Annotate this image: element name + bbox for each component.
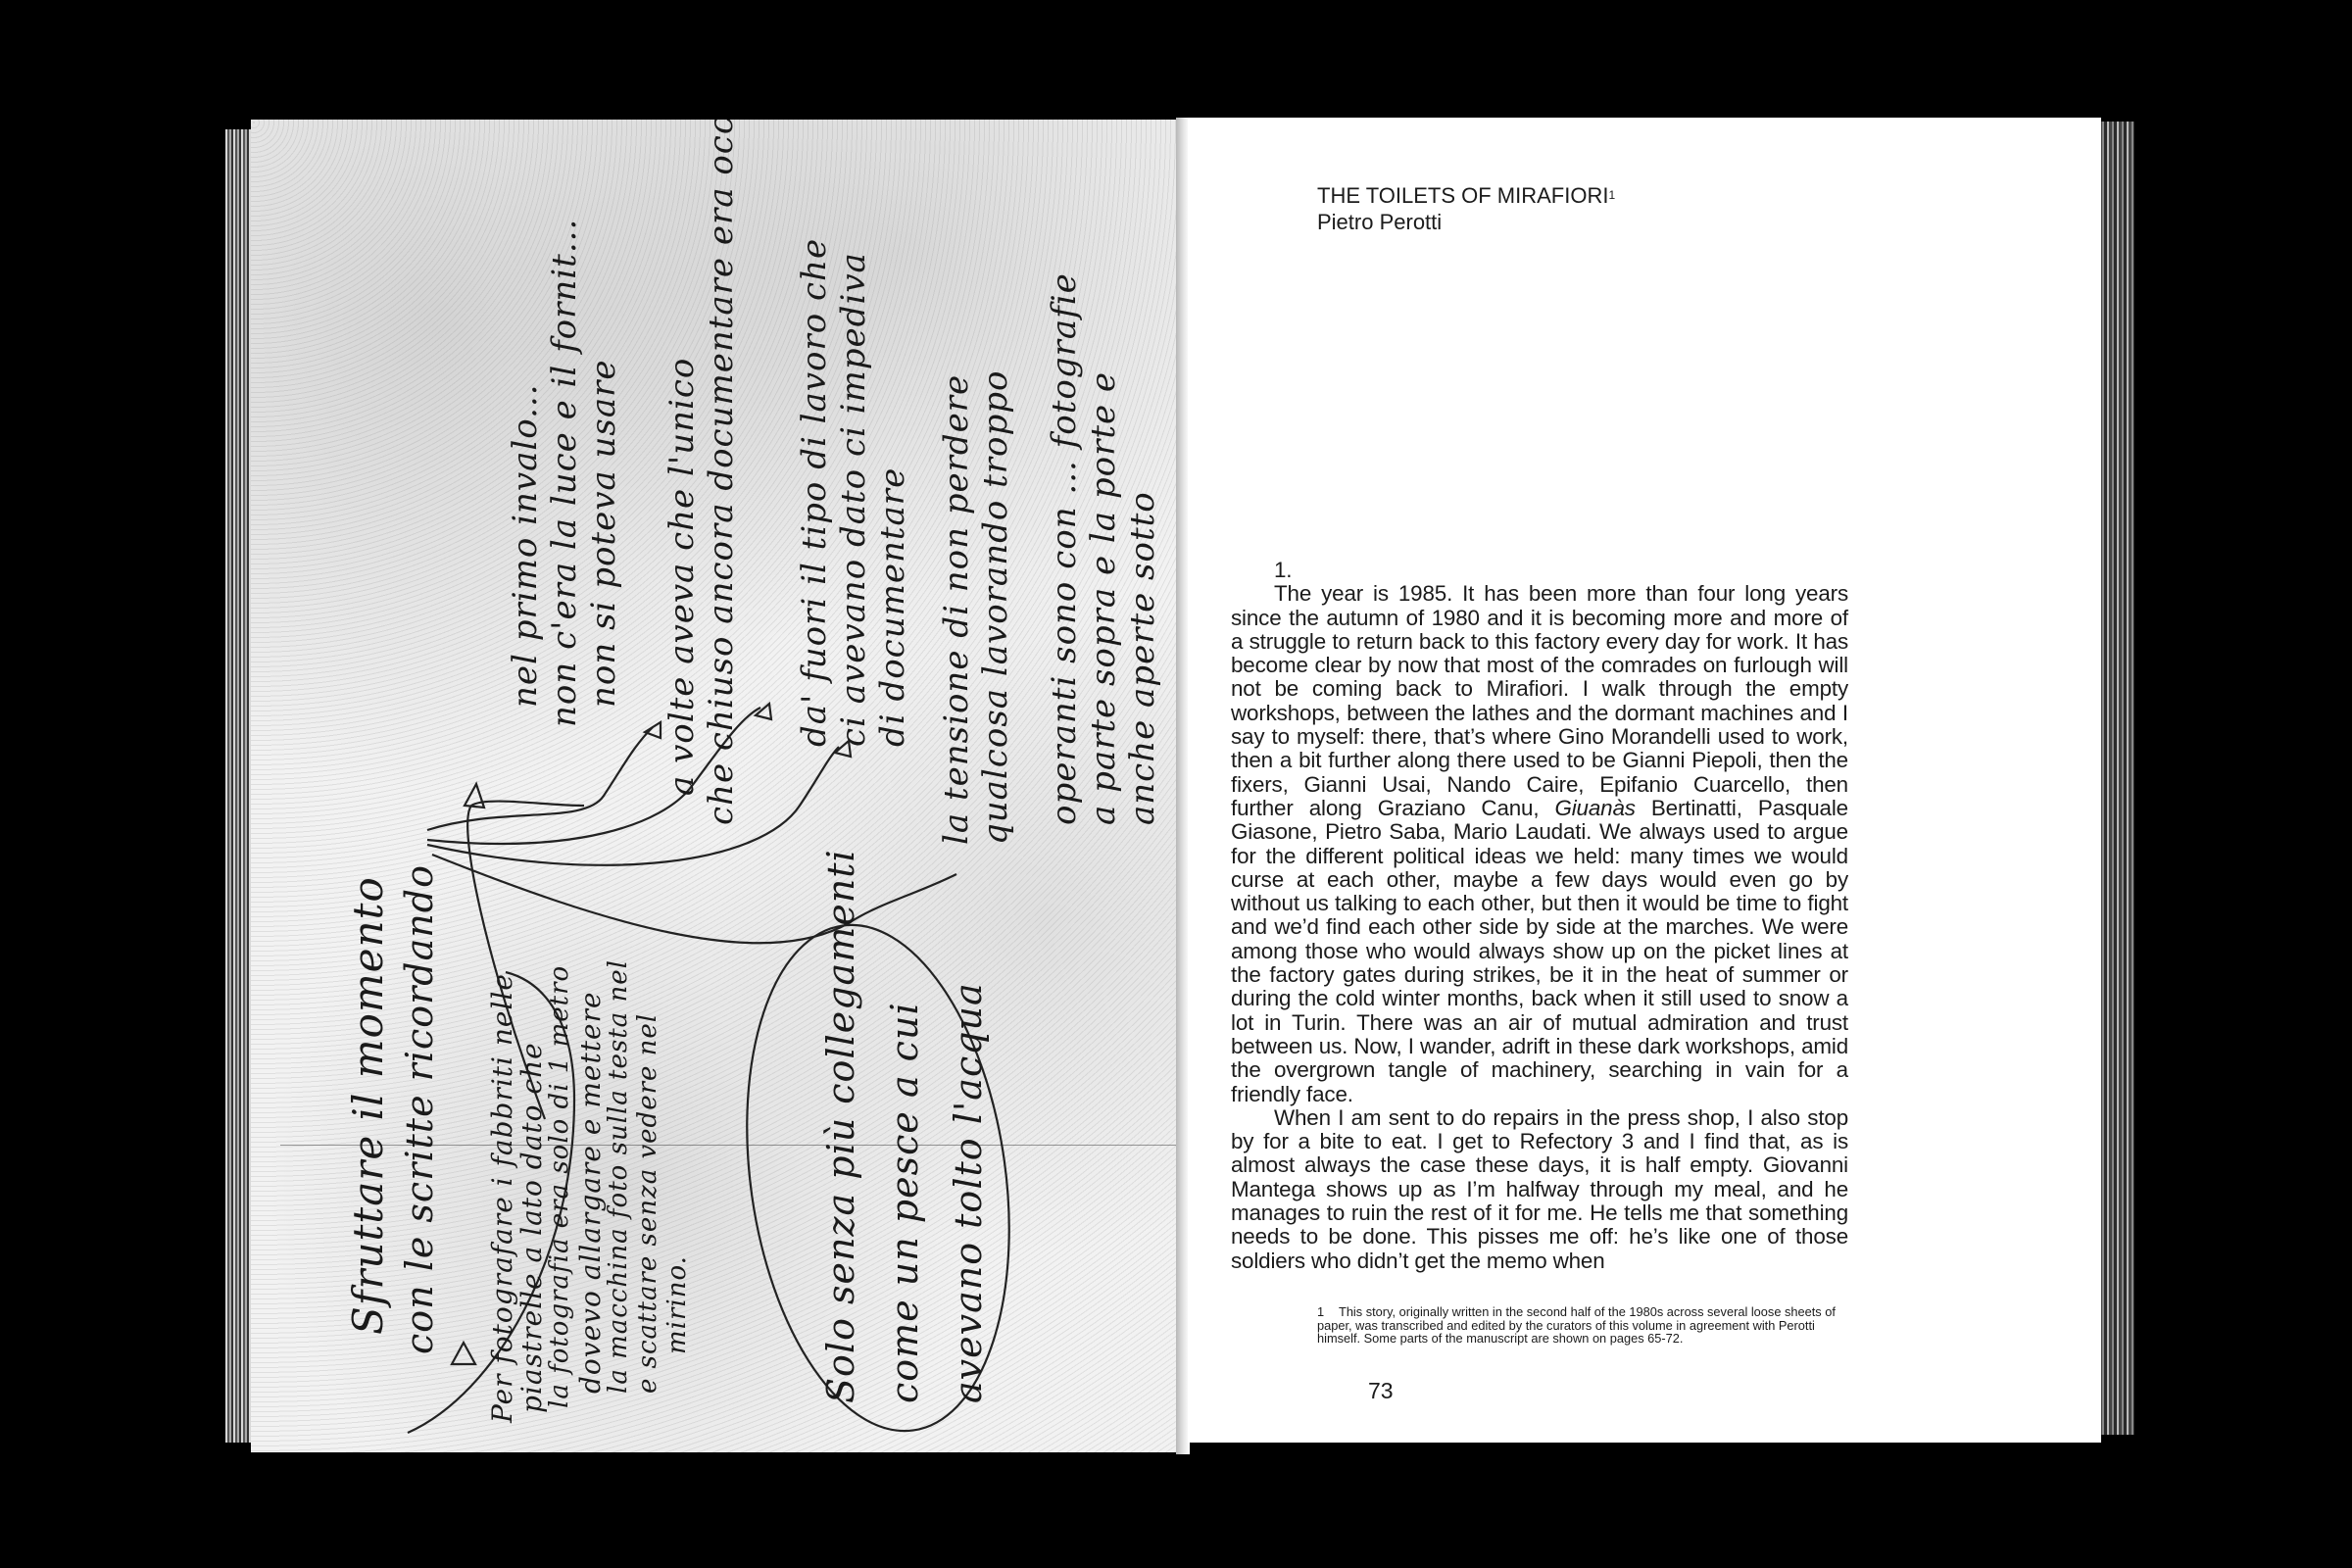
handwritten-line: qualcosa lavorando troppo [976, 369, 1015, 845]
handwritten-line: ci avevano dato ci impediva [834, 252, 873, 747]
handwritten-line: la macchina foto sulla testa nel [604, 959, 633, 1394]
left-page-manuscript: nel primo invalo... non c'era la luce e … [251, 120, 1182, 1452]
paragraph-text: The year is 1985. It has been more than … [1231, 581, 1848, 820]
handwritten-line: piastrelle a lato dato che [515, 1042, 548, 1413]
chapter-title-text: THE TOILETS OF MIRAFIORI [1317, 183, 1608, 208]
handwritten-line: la fotografia era solo di 1 metro [545, 965, 574, 1408]
handwritten-line: Solo senza più collegamenti [819, 849, 862, 1403]
chapter-title: THE TOILETS OF MIRAFIORI1 [1317, 182, 1615, 210]
handwritten-line: con le scritte ricordando [398, 864, 441, 1354]
handwritten-line: operanti sono con ... fotografie [1045, 272, 1084, 825]
right-page-stack-edge [2099, 122, 2134, 1435]
page-number: 73 [1368, 1378, 1394, 1404]
handwritten-line: avevano tolto l'acqua [947, 982, 990, 1403]
handwritten-line: anche aperte sotto [1123, 491, 1162, 825]
paragraph-text: Bertinatti, Pasquale Giasone, Pietro Sab… [1231, 796, 1848, 1106]
right-page-text: THE TOILETS OF MIRAFIORI1 Pietro Perotti… [1188, 118, 2101, 1443]
footnote: 1This story, originally written in the s… [1317, 1305, 1850, 1346]
handwritten-line: non c'era la luce e il fornit... [545, 219, 584, 727]
handwritten-line: che chiuso ancora documentare era occupa… [702, 120, 741, 825]
paragraph: The year is 1985. It has been more than … [1231, 582, 1848, 1106]
handwritten-line: mirino. [662, 1255, 692, 1354]
author-name: Pietro Perotti [1317, 209, 1442, 236]
handwritten-line: Per fotografare i fabbriti nelle [486, 973, 518, 1423]
handwritten-line: non si poteva usare [584, 360, 623, 709]
footnote-reference: 1 [1608, 188, 1615, 202]
handwritten-line: a parte sopra e la porte e [1084, 371, 1123, 825]
paragraph: When I am sent to do repairs in the pres… [1231, 1106, 1848, 1273]
handwritten-line: Sfruttare il momento [344, 876, 392, 1335]
section-number: 1. [1231, 559, 1848, 582]
handwritten-line: a volte aveva che l'unico [662, 358, 702, 796]
open-book-spread: nel primo invalo... non c'era la luce e … [0, 0, 2352, 1568]
footnote-text: This story, originally written in the se… [1317, 1304, 1836, 1346]
handwritten-line: di documentare [873, 467, 912, 747]
handwritten-line: la tensione di non perdere [937, 374, 976, 845]
italic-name: Giuanàs [1554, 796, 1635, 820]
handwritten-line: da' fuori il tipo di lavoro che [795, 238, 834, 747]
handwritten-line: come un pesce a cui [883, 1002, 926, 1403]
handwritten-line: e scattare senza vedere nel [633, 1013, 662, 1394]
handwritten-line: dovevo allargare e mettere [574, 991, 607, 1394]
handwritten-line: nel primo invalo... [506, 383, 545, 708]
footnote-number: 1 [1317, 1305, 1339, 1319]
chapter-body: 1. The year is 1985. It has been more th… [1231, 559, 1848, 1273]
